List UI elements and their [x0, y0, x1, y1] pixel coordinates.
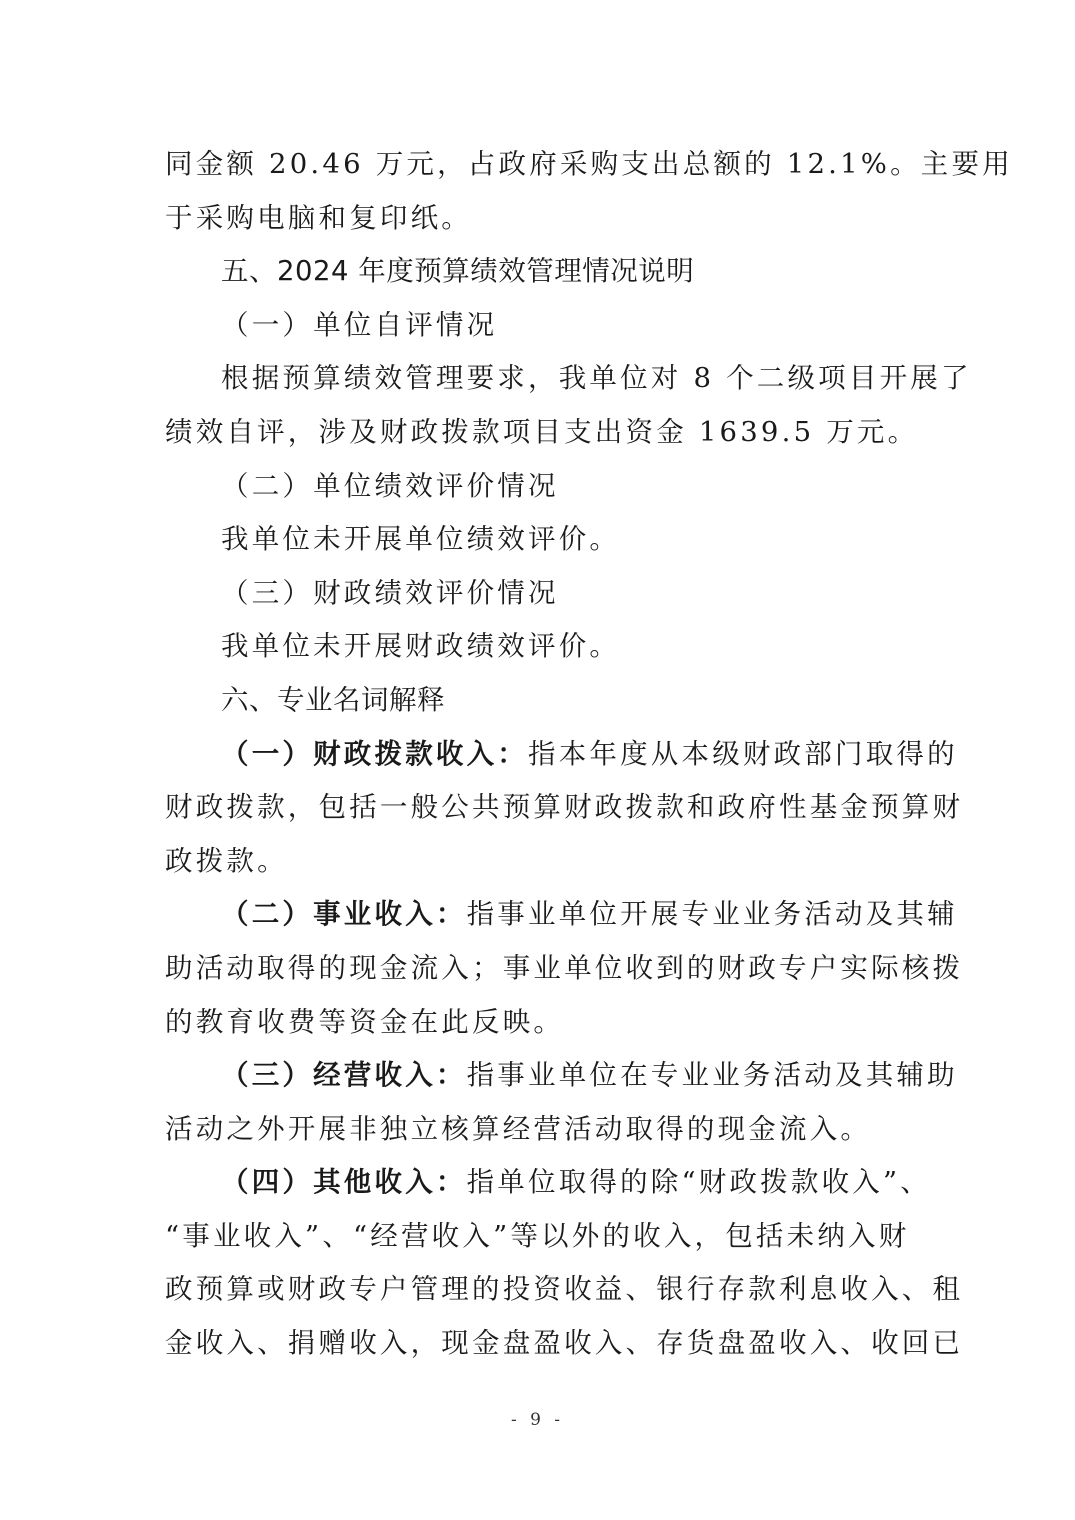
paragraph-line: 同金额 20.46 万元，占政府采购支出总额的 12.1%。主要用: [165, 138, 913, 192]
paragraph-line: 政预算或财政专户管理的投资收益、银行存款利息收入、租: [165, 1263, 913, 1317]
paragraph-line: 的教育收费等资金在此反映。: [165, 996, 913, 1050]
section-heading-6: 六、专业名词解释: [165, 674, 913, 728]
document-page: 同金额 20.46 万元，占政府采购支出总额的 12.1%。主要用 于采购电脑和…: [165, 138, 913, 1371]
paragraph-line: “事业收入”、“经营收入”等以外的收入，包括未纳入财: [165, 1210, 913, 1264]
paragraph-line: 我单位未开展单位绩效评价。: [165, 513, 913, 567]
paragraph-line: 我单位未开展财政绩效评价。: [165, 620, 913, 674]
paragraph-line: 政拨款。: [165, 835, 913, 889]
paragraph-line: 金收入、捐赠收入，现金盘盈收入、存货盘盈收入、收回已: [165, 1317, 913, 1371]
term-definition-first-line: （二）事业收入：指事业单位开展专业业务活动及其辅: [165, 888, 913, 942]
term-text: 指本年度从本级财政部门取得的: [528, 738, 958, 770]
paragraph-line: 财政拨款，包括一般公共预算财政拨款和政府性基金预算财: [165, 781, 913, 835]
term-text: 指单位取得的除“财政拨款收入”、: [467, 1166, 931, 1198]
term-definition-first-line: （三）经营收入：指事业单位在专业业务活动及其辅助: [165, 1049, 913, 1103]
subsection-heading-unit-evaluation: （二）单位绩效评价情况: [165, 460, 913, 514]
term-label: （三）经营收入：: [221, 1059, 467, 1091]
subsection-heading-self-evaluation: （一）单位自评情况: [165, 299, 913, 353]
term-label: （四）其他收入：: [221, 1166, 467, 1198]
section-heading-5: 五、2024 年度预算绩效管理情况说明: [165, 245, 913, 299]
term-label: （一）财政拨款收入：: [221, 738, 528, 770]
paragraph-line: 活动之外开展非独立核算经营活动取得的现金流入。: [165, 1103, 913, 1157]
paragraph-line: 根据预算绩效管理要求，我单位对 8 个二级项目开展了: [165, 352, 913, 406]
paragraph-line: 助活动取得的现金流入；事业单位收到的财政专户实际核拨: [165, 942, 913, 996]
term-text: 指事业单位在专业业务活动及其辅助: [467, 1059, 958, 1091]
paragraph-line: 绩效自评，涉及财政拨款项目支出资金 1639.5 万元。: [165, 406, 913, 460]
term-definition-first-line: （一）财政拨款收入：指本年度从本级财政部门取得的: [165, 728, 913, 782]
term-label: （二）事业收入：: [221, 898, 467, 930]
paragraph-line: 于采购电脑和复印纸。: [165, 192, 913, 246]
term-text: 指事业单位开展专业业务活动及其辅: [467, 898, 958, 930]
subsection-heading-fiscal-evaluation: （三）财政绩效评价情况: [165, 567, 913, 621]
term-definition-first-line: （四）其他收入：指单位取得的除“财政拨款收入”、: [165, 1156, 913, 1210]
page-number: - 9 -: [0, 1410, 1075, 1430]
